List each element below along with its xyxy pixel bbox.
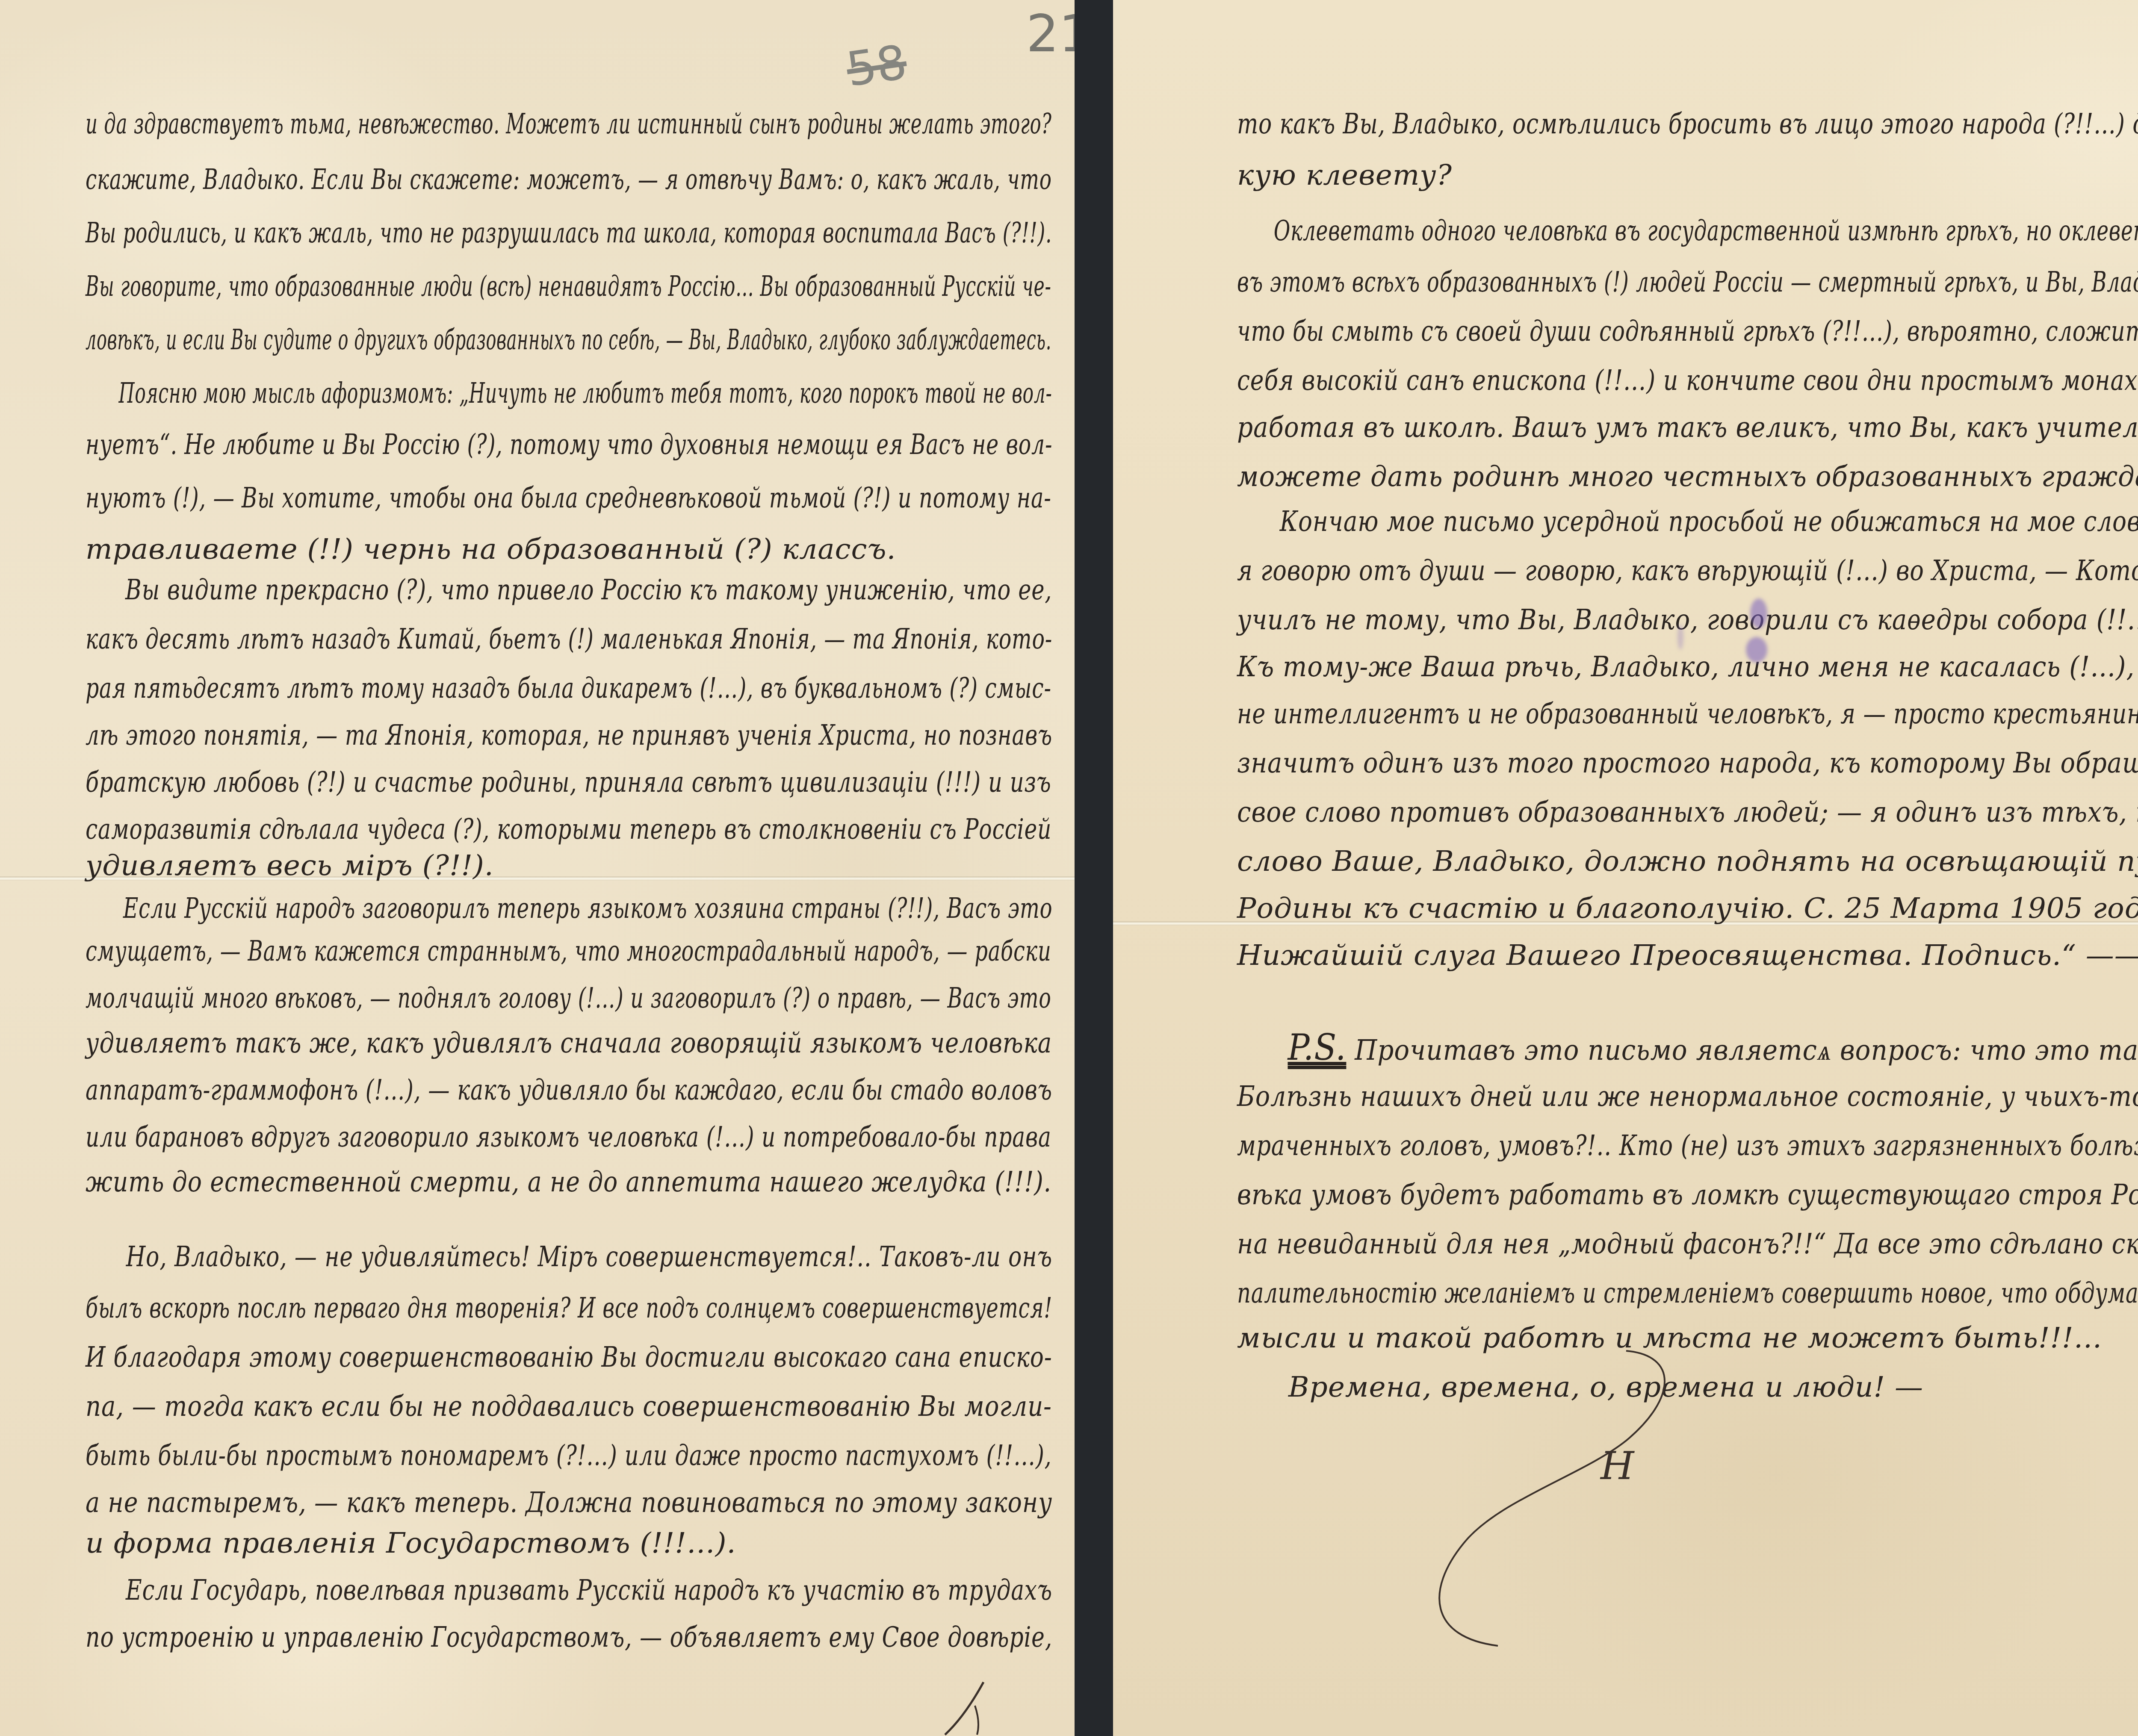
ink-stain bbox=[1677, 624, 1683, 650]
letter-line: Но, Владыко, — не удивляйтесь! Міръ сове… bbox=[86, 1240, 1052, 1274]
letter-line: не интеллигентъ и не образованный человѣ… bbox=[1237, 697, 2138, 731]
letter-line: значитъ одинъ изъ того простого народа, … bbox=[1237, 746, 2138, 780]
postscript-line: на невиданный для нея „модный фасонъ?!!“… bbox=[1237, 1227, 2138, 1261]
letter-line: Вы говорите, что образованные люди (всѣ)… bbox=[86, 269, 1051, 304]
letter-line: скажите, Владыко. Если Вы скажете: может… bbox=[86, 162, 1051, 197]
letter-line: смущаетъ, — Вамъ кажется страннымъ, что … bbox=[86, 934, 1051, 968]
letter-line: па, — тогда какъ если бы не поддавались … bbox=[86, 1389, 1052, 1424]
letter-line: училъ не тому, что Вы, Владыко, говорили… bbox=[1237, 603, 2138, 637]
postscript-line: палительностію желаніемъ и стремленіемъ … bbox=[1237, 1276, 2138, 1310]
letter-line: саморазвитія сдѣлала чудеса (?), которым… bbox=[86, 812, 1051, 846]
letter-line: а не пастыремъ, — какъ теперь. Должна по… bbox=[86, 1485, 1052, 1520]
letter-line: братскую любовь (?!) и счастье родины, п… bbox=[86, 765, 1051, 799]
ink-stain bbox=[1746, 637, 1767, 663]
letter-line: травливаете (!!) чернь на образованный (… bbox=[86, 532, 1052, 566]
letter-line: былъ вскорѣ послѣ перваго дня творенія? … bbox=[86, 1291, 1052, 1325]
letter-line: удивляетъ весь міръ (?!!). bbox=[86, 849, 1052, 883]
letter-line: лѣ этого понятія, — та Японія, которая, … bbox=[86, 718, 1052, 752]
postscript-line: P.S. Прочитавъ это письмо являетсѧ вопро… bbox=[1241, 1030, 2138, 1067]
letter-line: ловѣкъ, и если Вы судите о другихъ образ… bbox=[86, 323, 1051, 357]
letter-line: Къ тому-же Ваша рѣчь, Владыко, лично мен… bbox=[1237, 650, 2138, 684]
letter-line: Если Русскій народъ заговорилъ теперь яз… bbox=[86, 891, 1052, 925]
letter-line: нуютъ (!), — Вы хотите, чтобы она была с… bbox=[86, 481, 1051, 515]
letter-line: Родины къ счастію и благополучію. С. 25 … bbox=[1237, 891, 2138, 925]
letter-line: по устроенію и управленію Государствомъ,… bbox=[86, 1620, 1052, 1654]
letter-line: можете дать родинѣ много честныхъ образо… bbox=[1237, 460, 2138, 494]
letter-line: аппаратъ-граммофонъ (!…), — какъ удивлял… bbox=[86, 1073, 1052, 1107]
letter-line: удивляетъ такъ же, какъ удивлялъ сначала… bbox=[86, 1026, 1052, 1060]
letter-line: нуетъ“. Не любите и Вы Россію (?), потом… bbox=[86, 427, 1052, 462]
postscript-line: мраченныхъ головъ, умовъ?!.. Кто (не) из… bbox=[1237, 1129, 2138, 1163]
letter-line: или барановъ вдругъ заговорило языкомъ ч… bbox=[86, 1120, 1051, 1154]
letter-line: Вы видите прекрасно (?), что привело Рос… bbox=[86, 573, 1052, 607]
letter-line: И благодаря этому совершенствованію Вы д… bbox=[86, 1340, 1052, 1374]
scan-divider bbox=[1075, 0, 1113, 1736]
archive-mark: 58 bbox=[843, 35, 910, 97]
letter-line: жить до естественной смерти, а не до апп… bbox=[86, 1165, 1051, 1199]
letter-line: какъ десять лѣтъ назадъ Китай, бьетъ (!)… bbox=[86, 622, 1052, 656]
postscript-line: Болѣзнь нашихъ дней или же ненормальное … bbox=[1237, 1079, 2138, 1114]
letter-line: Вы родились, и какъ жаль, что не разруши… bbox=[86, 216, 1052, 250]
letter-line: Кончаю мое письмо усердной просьбой не о… bbox=[1237, 504, 2138, 539]
letter-line: кую клевету? bbox=[1237, 158, 2138, 192]
ink-stain bbox=[1750, 598, 1767, 628]
letter-line: работая въ школѣ. Вашъ умъ такъ великъ, … bbox=[1237, 410, 2138, 445]
letter-line: то какъ Вы, Владыко, осмѣлились бросить … bbox=[1237, 107, 2138, 141]
signature-initial: Н bbox=[1600, 1444, 1635, 1488]
postscript-line: вѣка умовъ будетъ работать въ ломкѣ суще… bbox=[1237, 1178, 2138, 1212]
letter-line: я говорю отъ души — говорю, какъ вѣрующі… bbox=[1237, 554, 2138, 588]
letter-line: Нижайшій слуга Вашего Преосвященства. По… bbox=[1237, 938, 2138, 973]
signature-stroke-icon bbox=[919, 1680, 1005, 1736]
letter-line: и да здравствуетъ тьма, невѣжество. Може… bbox=[86, 107, 1051, 141]
letter-line: рая пятьдесятъ лѣтъ тому назадъ была дик… bbox=[86, 671, 1051, 705]
letter-line: что бы смыть съ своей души содѣянный грѣ… bbox=[1237, 314, 2138, 348]
letter-line: и форма правленія Государствомъ (!!!…). bbox=[86, 1526, 1052, 1560]
page-number-mark: 21 bbox=[1026, 4, 1075, 64]
letter-line: молчащій много вѣковъ, — поднялъ голову … bbox=[86, 981, 1051, 1015]
letter-line: въ этомъ всѣхъ образованныхъ (!) людей Р… bbox=[1237, 265, 2138, 299]
letter-line: Поясню мою мысль афоризмомъ: „Ничуть не … bbox=[86, 376, 1052, 410]
signature-flourish-icon: Н bbox=[1370, 1338, 1712, 1723]
left-page: 21 58 и да здравствуетъ тьма, невѣжество… bbox=[0, 0, 1075, 1736]
letter-line: слово Ваше, Владыко, должно поднять на о… bbox=[1237, 844, 2138, 878]
letter-line: себя высокій санъ епископа (!!…) и кончи… bbox=[1237, 363, 2138, 398]
letter-line: свое слово противъ образованныхъ людей; … bbox=[1237, 795, 2138, 829]
letter-line: Если Государь, повелѣвая призвать Русскі… bbox=[86, 1573, 1052, 1607]
right-page: то какъ Вы, Владыко, осмѣлились бросить … bbox=[1113, 0, 2138, 1736]
letter-line: Оклеветать одного человѣка въ государств… bbox=[1237, 214, 2138, 248]
postscript-label: P.S. bbox=[1288, 1026, 1346, 1068]
letter-line: быть были-бы простымъ пономаремъ (?!…) и… bbox=[86, 1438, 1052, 1473]
